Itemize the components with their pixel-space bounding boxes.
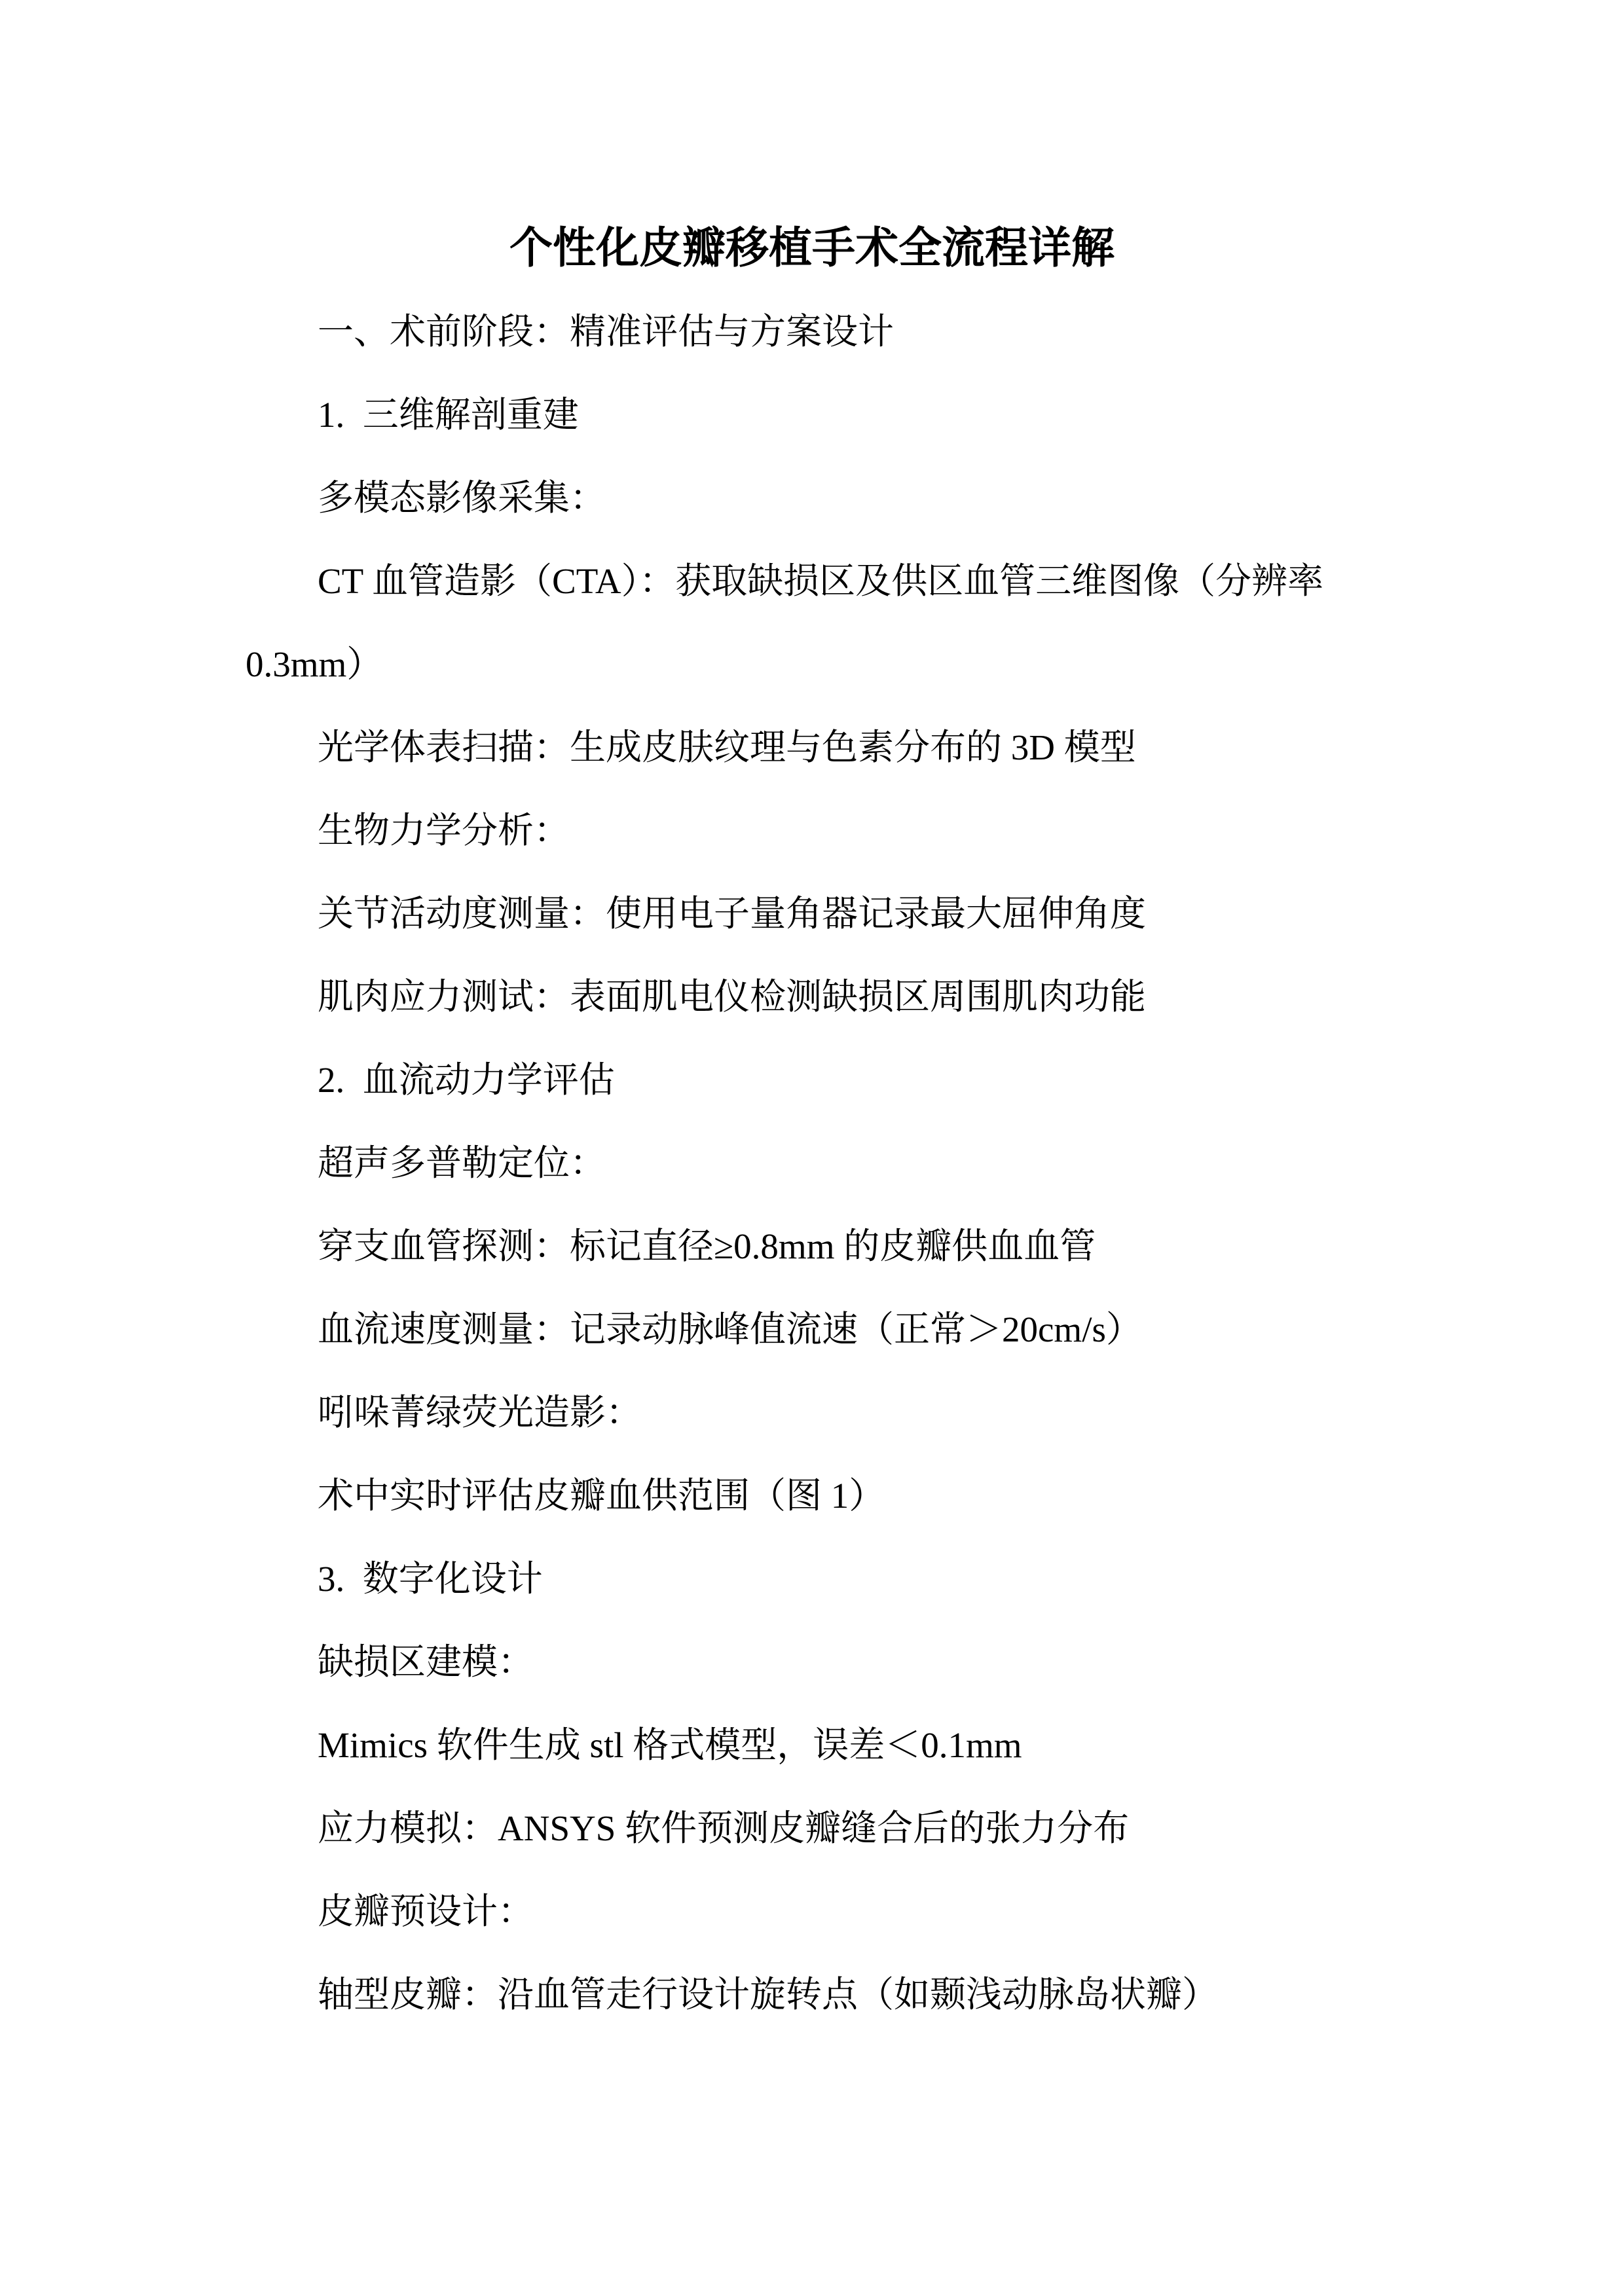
paragraph-icg-angiography: 吲哚菁绿荧光造影： bbox=[246, 1371, 1428, 1454]
paragraph-cta-line-2: 0.3mm） bbox=[246, 623, 1428, 706]
paragraph-intraop-assessment: 术中实时评估皮瓣血供范围（图 1） bbox=[246, 1454, 1428, 1537]
paragraph-section-1-heading: 一、术前阶段：精准评估与方案设计 bbox=[246, 290, 1428, 373]
document-title: 个性化皮瓣移植手术全流程详解 bbox=[246, 207, 1378, 290]
paragraph-optical-scan: 光学体表扫描：生成皮肤纹理与色素分布的 3D 模型 bbox=[246, 706, 1428, 789]
paragraph-multimodal-imaging: 多模态影像采集： bbox=[246, 456, 1428, 539]
paragraph-item-3-heading: 3. 数字化设计 bbox=[246, 1537, 1428, 1620]
paragraph-muscle-stress: 肌肉应力测试：表面肌电仪检测缺损区周围肌肉功能 bbox=[246, 955, 1428, 1038]
paragraph-item-2-heading: 2. 血流动力学评估 bbox=[246, 1038, 1428, 1121]
paragraph-flow-velocity: 血流速度测量：记录动脉峰值流速（正常＞20cm/s） bbox=[246, 1288, 1428, 1371]
paragraph-flap-predesign: 皮瓣预设计： bbox=[246, 1870, 1428, 1953]
paragraph-cta-line-1: CT 血管造影（CTA）：获取缺损区及供区血管三维图像（分辨率 bbox=[246, 539, 1428, 623]
paragraph-stress-simulation: 应力模拟：ANSYS 软件预测皮瓣缝合后的张力分布 bbox=[246, 1787, 1428, 1870]
document-page: 个性化皮瓣移植手术全流程详解 一、术前阶段：精准评估与方案设计 1. 三维解剖重… bbox=[0, 0, 1624, 2296]
paragraph-perforator-detection: 穿支血管探测：标记直径≥0.8mm 的皮瓣供血血管 bbox=[246, 1205, 1428, 1288]
paragraph-item-1-heading: 1. 三维解剖重建 bbox=[246, 373, 1428, 456]
paragraph-axial-flap: 轴型皮瓣：沿血管走行设计旋转点（如颞浅动脉岛状瓣） bbox=[246, 1953, 1428, 2036]
paragraph-biomechanics: 生物力学分析： bbox=[246, 789, 1428, 872]
paragraph-doppler: 超声多普勒定位： bbox=[246, 1121, 1428, 1205]
paragraph-mimics-model: Mimics 软件生成 stl 格式模型，误差＜0.1mm bbox=[246, 1704, 1428, 1787]
paragraph-joint-motion: 关节活动度测量：使用电子量角器记录最大屈伸角度 bbox=[246, 872, 1428, 955]
paragraph-defect-modeling: 缺损区建模： bbox=[246, 1620, 1428, 1704]
